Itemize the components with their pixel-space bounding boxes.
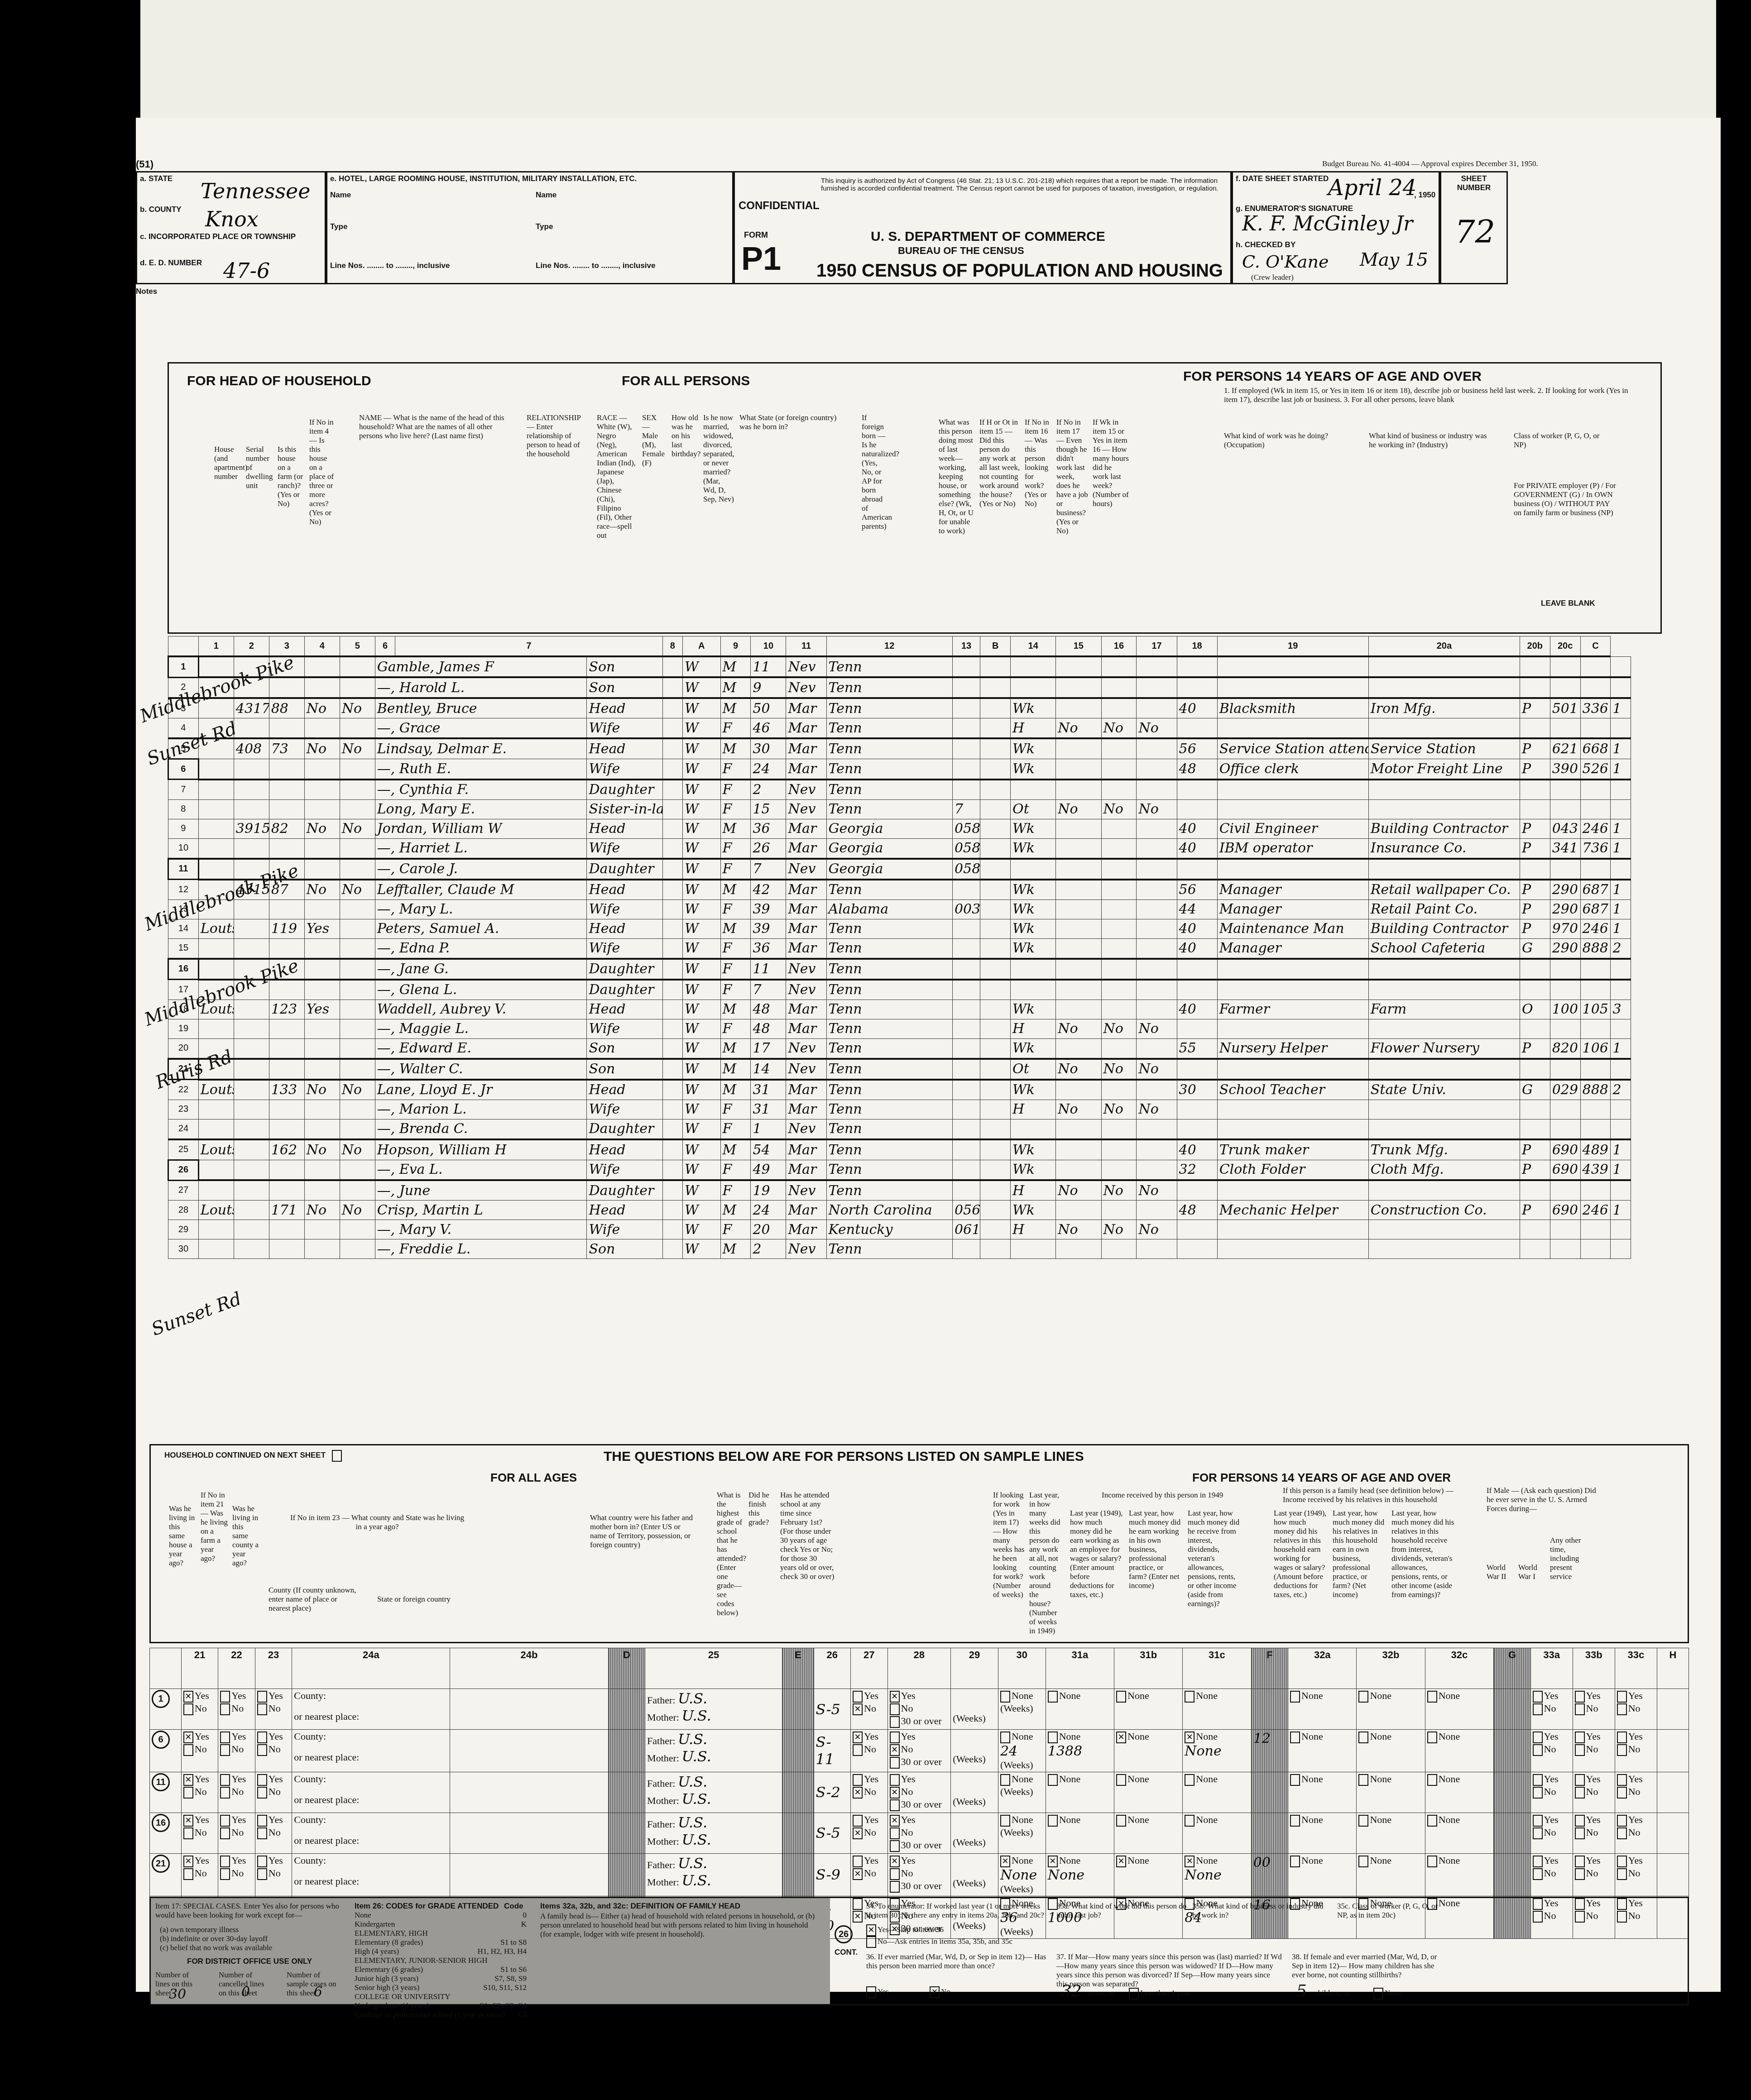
cell-lb2[interactable]: 668 <box>1580 738 1611 759</box>
cell-c17[interactable] <box>1101 1160 1137 1180</box>
cell-code[interactable]: 058 <box>952 838 980 859</box>
c33a-no-checkbox[interactable]: No <box>1533 1827 1571 1839</box>
cell-c16[interactable] <box>1056 959 1101 980</box>
cell-street[interactable] <box>198 959 234 980</box>
cell-name[interactable]: Lane, Lloyd E. Jr <box>375 1080 587 1100</box>
cell-name[interactable]: —, Marion L. <box>375 1100 587 1119</box>
cell-name[interactable]: Waddell, Aubrey V. <box>375 1000 587 1019</box>
cell-age[interactable]: 20 <box>751 1220 786 1239</box>
cell-c18[interactable] <box>1137 1000 1177 1019</box>
cell-mar[interactable]: Mar <box>786 759 826 780</box>
cell-street[interactable] <box>198 1180 234 1201</box>
c33c-no-checkbox[interactable]: No <box>1617 1786 1655 1799</box>
cell-lb2[interactable] <box>1580 1239 1611 1259</box>
cell-acres[interactable] <box>340 759 375 780</box>
c33a-no-checkbox[interactable]: No <box>1533 1703 1571 1715</box>
cell-serial[interactable] <box>269 899 304 919</box>
c22-no-checkbox[interactable]: No <box>220 1827 253 1839</box>
grade-cell[interactable]: S-9 <box>814 1853 850 1896</box>
cell-nat[interactable] <box>980 677 1011 698</box>
c32b-cell[interactable]: None <box>1357 1853 1425 1896</box>
cell-name[interactable]: —, Cynthia F. <box>375 780 587 800</box>
cell-farm[interactable] <box>304 1119 340 1139</box>
cell-rel[interactable]: Son <box>587 677 662 698</box>
cell-nat[interactable] <box>980 1119 1011 1139</box>
c32a-cell[interactable]: None <box>1288 1853 1357 1896</box>
cell-race[interactable]: W <box>683 1180 721 1201</box>
cell-c18[interactable]: No <box>1137 799 1177 819</box>
c31c-none-checkbox[interactable]: ✕None <box>1185 1731 1249 1743</box>
cell-c17[interactable] <box>1101 677 1137 698</box>
cell-hours[interactable] <box>1177 1100 1217 1119</box>
cell-lb1[interactable] <box>1550 1059 1580 1080</box>
c28-no-checkbox[interactable]: ✕No <box>890 1786 949 1799</box>
c31b-cell[interactable]: ✕None <box>1114 1730 1183 1772</box>
cell-serial[interactable]: 171 <box>269 1201 304 1220</box>
cell-lb2[interactable]: 105 <box>1580 1000 1611 1019</box>
cell-occ[interactable]: Mechanic Helper <box>1217 1201 1368 1220</box>
c28-over30-checkbox[interactable]: 30 or over <box>890 1799 949 1811</box>
cell-acres[interactable] <box>340 1220 375 1239</box>
cell-acres[interactable]: No <box>340 1080 375 1100</box>
cell-ind[interactable] <box>1368 1059 1520 1080</box>
cell-c16[interactable]: No <box>1056 1100 1101 1119</box>
cell-mar[interactable]: Nev <box>786 859 826 880</box>
cell-c16[interactable] <box>1056 819 1101 838</box>
c27-yes-checkbox[interactable]: Yes <box>853 1855 885 1867</box>
cell-mar[interactable]: Nev <box>786 656 826 677</box>
cell-hours[interactable]: 40 <box>1177 1139 1217 1160</box>
c30-cell[interactable]: None(Weeks) <box>998 1689 1046 1730</box>
cell-lb2[interactable] <box>1580 1119 1611 1139</box>
cell-mar[interactable]: Mar <box>786 1000 826 1019</box>
cell-mar[interactable]: Nev <box>786 1038 826 1059</box>
cell-hours[interactable]: 30 <box>1177 1080 1217 1100</box>
cell-c17[interactable] <box>1101 759 1137 780</box>
cell-occ[interactable] <box>1217 1100 1368 1119</box>
cell-mar[interactable]: Mar <box>786 1100 826 1119</box>
cell-race[interactable]: W <box>683 698 721 718</box>
cell-c15[interactable]: H <box>1011 1180 1056 1201</box>
cell-race[interactable]: W <box>683 1201 721 1220</box>
cell-code[interactable] <box>952 1059 980 1080</box>
cell-hours[interactable] <box>1177 677 1217 698</box>
cell-nat[interactable] <box>980 1220 1011 1239</box>
cell-street[interactable] <box>198 759 234 780</box>
cell-birth[interactable]: Tenn <box>826 1119 952 1139</box>
cell-rel[interactable]: Daughter <box>587 859 662 880</box>
cell-nat[interactable] <box>980 738 1011 759</box>
cell-sex[interactable]: F <box>720 1019 751 1038</box>
cell-name[interactable]: Bentley, Bruce <box>375 698 587 718</box>
cell-c16[interactable] <box>1056 919 1101 938</box>
cell-ind[interactable] <box>1368 1100 1520 1119</box>
c21-no-checkbox[interactable]: No <box>183 1867 216 1880</box>
cell-race[interactable]: W <box>683 880 721 900</box>
cell-acres[interactable] <box>340 1160 375 1180</box>
cell-hours[interactable]: 40 <box>1177 1000 1217 1019</box>
cell-race[interactable]: W <box>683 738 721 759</box>
cell-ind[interactable] <box>1368 780 1520 800</box>
cell-c18[interactable] <box>1137 759 1177 780</box>
c27-no-checkbox[interactable]: ✕No <box>853 1786 885 1799</box>
cell-code[interactable] <box>952 1139 980 1160</box>
cell-lb2[interactable]: 687 <box>1580 880 1611 900</box>
cell-sex[interactable]: F <box>720 838 751 859</box>
cell-lb1[interactable] <box>1550 980 1580 1000</box>
cell-acres[interactable] <box>340 1000 375 1019</box>
cell-c16[interactable] <box>1056 759 1101 780</box>
cell-nat[interactable] <box>980 1080 1011 1100</box>
cell-street[interactable] <box>198 838 234 859</box>
sheet-value[interactable]: 72 <box>1455 213 1495 250</box>
cell-serial[interactable] <box>269 938 304 959</box>
cell-c16[interactable] <box>1056 656 1101 677</box>
cell-serial[interactable] <box>269 718 304 739</box>
cell-c15[interactable]: Ot <box>1011 1059 1056 1080</box>
cell-lb3[interactable]: 1 <box>1611 880 1631 900</box>
cell-occ[interactable] <box>1217 1239 1368 1259</box>
cell-code[interactable]: 058 <box>952 819 980 838</box>
c21-yes-checkbox[interactable]: ✕Yes <box>183 1731 216 1743</box>
c22-no-checkbox[interactable]: No <box>220 1867 253 1880</box>
cell-name[interactable]: —, Mary L. <box>375 899 587 919</box>
cell-race[interactable]: W <box>683 799 721 819</box>
cell-age[interactable]: 26 <box>751 838 786 859</box>
cell-c17[interactable]: No <box>1101 1220 1137 1239</box>
cell-occ[interactable] <box>1217 656 1368 677</box>
c27-no-checkbox[interactable]: No <box>853 1743 885 1756</box>
cell-age[interactable]: 50 <box>751 698 786 718</box>
cell-birth[interactable]: Tenn <box>826 718 952 739</box>
cell-occ[interactable] <box>1217 799 1368 819</box>
cell-occ[interactable] <box>1217 980 1368 1000</box>
cell-c17[interactable] <box>1101 1201 1137 1220</box>
cell-lb3[interactable]: 1 <box>1611 1201 1631 1220</box>
cell-code[interactable] <box>952 759 980 780</box>
cell-occ[interactable]: IBM operator <box>1217 838 1368 859</box>
cell-acres[interactable] <box>340 919 375 938</box>
cell-ind[interactable] <box>1368 656 1520 677</box>
cell-street[interactable] <box>198 938 234 959</box>
cell-lb2[interactable] <box>1580 1019 1611 1038</box>
cell-c15[interactable]: Wk <box>1011 1201 1056 1220</box>
cell-occ[interactable]: Service Station attendant <box>1217 738 1368 759</box>
cell-lb3[interactable]: 1 <box>1611 698 1631 718</box>
c33c-yes-checkbox[interactable]: Yes <box>1617 1814 1655 1827</box>
cell-name[interactable]: —, Harriet L. <box>375 838 587 859</box>
cell-c17[interactable] <box>1101 1038 1137 1059</box>
cell-acres[interactable] <box>340 1119 375 1139</box>
cell-house[interactable] <box>234 938 269 959</box>
cell-acres[interactable] <box>340 1239 375 1259</box>
cell-sex[interactable]: M <box>720 698 751 718</box>
cell-lb3[interactable] <box>1611 1100 1631 1119</box>
cell-lb2[interactable]: 246 <box>1580 1201 1611 1220</box>
cell-birth[interactable]: Tenn <box>826 799 952 819</box>
cell-serial[interactable] <box>269 677 304 698</box>
cell-code[interactable] <box>952 938 980 959</box>
cell-lb3[interactable]: 3 <box>1611 1000 1631 1019</box>
c33b-no-checkbox[interactable]: No <box>1575 1827 1613 1839</box>
q37-less-option[interactable]: Less than 1 year <box>1129 1988 1190 2000</box>
cell-c15[interactable]: Wk <box>1011 899 1056 919</box>
cell-sex[interactable]: F <box>720 799 751 819</box>
cell-c17[interactable] <box>1101 1080 1137 1100</box>
cell-birth[interactable]: Tenn <box>826 1139 952 1160</box>
cell-lb3[interactable]: 1 <box>1611 919 1631 938</box>
c30-cell[interactable]: None24(Weeks) <box>998 1730 1046 1772</box>
cell-farm[interactable] <box>304 799 340 819</box>
cell-hours[interactable]: 40 <box>1177 919 1217 938</box>
cell-serial[interactable] <box>269 1019 304 1038</box>
c32c-cell[interactable]: None <box>1425 1772 1493 1813</box>
cell-house[interactable] <box>234 1220 269 1239</box>
cell-race[interactable]: W <box>683 759 721 780</box>
c32b-none-checkbox[interactable]: None <box>1358 1855 1423 1867</box>
cell-race[interactable]: W <box>683 1038 721 1059</box>
c27-no-checkbox[interactable]: ✕No <box>853 1827 885 1839</box>
c31a-none-checkbox[interactable]: None <box>1048 1731 1112 1743</box>
cell-nat[interactable] <box>980 780 1011 800</box>
c22-yes-checkbox[interactable]: Yes <box>220 1731 253 1743</box>
cell-ind[interactable]: Building Contractor <box>1368 819 1520 838</box>
c33a-yes-checkbox[interactable]: Yes <box>1533 1814 1571 1827</box>
cell-lb2[interactable]: 489 <box>1580 1139 1611 1160</box>
c24a-cell[interactable]: County:or nearest place: <box>292 1772 450 1813</box>
c33a-yes-checkbox[interactable]: Yes <box>1533 1773 1571 1786</box>
grade-cell[interactable]: S-2 <box>814 1772 850 1813</box>
cell-race[interactable]: W <box>683 1019 721 1038</box>
cell-street[interactable] <box>198 1160 234 1180</box>
cell-ind[interactable] <box>1368 859 1520 880</box>
cell-code[interactable] <box>952 880 980 900</box>
cell-age[interactable]: 2 <box>751 780 786 800</box>
cell-name[interactable]: Jordan, William W <box>375 819 587 838</box>
cell-c16[interactable] <box>1056 1000 1101 1019</box>
cell-farm[interactable] <box>304 899 340 919</box>
cell-cls[interactable]: P <box>1520 819 1550 838</box>
cell-ind[interactable] <box>1368 1019 1520 1038</box>
cell-sex[interactable]: M <box>720 1000 751 1019</box>
cell-birth[interactable]: Tenn <box>826 919 952 938</box>
cell-hours[interactable]: 40 <box>1177 838 1217 859</box>
cell-farm[interactable] <box>304 677 340 698</box>
c29-cell[interactable]: (Weeks) <box>951 1772 998 1813</box>
cell-lb1[interactable]: 290 <box>1550 899 1580 919</box>
cell-name[interactable]: —, Jane G. <box>375 959 587 980</box>
c30-cell[interactable]: None(Weeks) <box>998 1813 1046 1853</box>
cell-lb2[interactable] <box>1580 980 1611 1000</box>
cell-c15[interactable]: Wk <box>1011 880 1056 900</box>
c33a-yes-checkbox[interactable]: Yes <box>1533 1731 1571 1743</box>
cell-name[interactable]: —, Edna P. <box>375 938 587 959</box>
cell-code[interactable] <box>952 959 980 980</box>
cell-ind[interactable]: Iron Mfg. <box>1368 698 1520 718</box>
cell-c17[interactable] <box>1101 838 1137 859</box>
cell-c16[interactable]: No <box>1056 1059 1101 1080</box>
cell-acres[interactable]: No <box>340 738 375 759</box>
cell-nat[interactable] <box>980 838 1011 859</box>
cell-birth[interactable]: Tenn <box>826 1100 952 1119</box>
c27-yes-checkbox[interactable]: Yes <box>853 1690 885 1703</box>
cell-lb3[interactable] <box>1611 1239 1631 1259</box>
c21-no-checkbox[interactable]: No <box>183 1827 216 1839</box>
cell-c16[interactable] <box>1056 738 1101 759</box>
cell-c17[interactable] <box>1101 738 1137 759</box>
cell-ind[interactable]: Construction Co. <box>1368 1201 1520 1220</box>
c22-no-checkbox[interactable]: No <box>220 1743 253 1756</box>
cell-rel[interactable]: Wife <box>587 718 662 739</box>
cell-c15[interactable]: Wk <box>1011 919 1056 938</box>
cell-c17[interactable]: No <box>1101 799 1137 819</box>
cell-lb1[interactable]: 690 <box>1550 1201 1580 1220</box>
c32a-cell[interactable]: None <box>1288 1813 1357 1853</box>
cell-hours[interactable]: 55 <box>1177 1038 1217 1059</box>
cell-sex[interactable]: M <box>720 1059 751 1080</box>
c33b-yes-checkbox[interactable]: Yes <box>1575 1773 1613 1786</box>
cell-mar[interactable]: Nev <box>786 799 826 819</box>
cell-lb3[interactable] <box>1611 1019 1631 1038</box>
c23-yes-checkbox[interactable]: Yes <box>257 1814 290 1827</box>
cell-lb2[interactable]: 246 <box>1580 919 1611 938</box>
cell-ind[interactable] <box>1368 677 1520 698</box>
cell-c17[interactable]: No <box>1101 1059 1137 1080</box>
cell-age[interactable]: 48 <box>751 1019 786 1038</box>
cell-c15[interactable] <box>1011 656 1056 677</box>
cell-lb1[interactable]: 390 <box>1550 759 1580 780</box>
cell-lb3[interactable]: 1 <box>1611 899 1631 919</box>
cell-hours[interactable] <box>1177 859 1217 880</box>
cell-birth[interactable]: Tenn <box>826 759 952 780</box>
cell-sex[interactable]: F <box>720 1220 751 1239</box>
cell-c16[interactable] <box>1056 1080 1101 1100</box>
c27-no-checkbox[interactable]: ✕No <box>853 1703 885 1715</box>
cell-lb2[interactable]: 106 <box>1580 1038 1611 1059</box>
cell-rel[interactable]: Head <box>587 1000 662 1019</box>
cell-sex[interactable]: F <box>720 1160 751 1180</box>
cell-cls[interactable] <box>1520 859 1550 880</box>
c28-over30-checkbox[interactable]: 30 or over <box>890 1756 949 1769</box>
cell-lb1[interactable]: 290 <box>1550 880 1580 900</box>
cell-nat[interactable] <box>980 919 1011 938</box>
num-sample-value[interactable]: 6 <box>314 1984 322 2000</box>
cell-c18[interactable] <box>1137 1201 1177 1220</box>
cell-age[interactable]: 14 <box>751 1059 786 1080</box>
cell-c17[interactable] <box>1101 880 1137 900</box>
cell-c17[interactable] <box>1101 656 1137 677</box>
cell-cls[interactable] <box>1520 799 1550 819</box>
cell-rel[interactable]: Wife <box>587 1220 662 1239</box>
cell-c17[interactable] <box>1101 959 1137 980</box>
cell-c15[interactable]: Wk <box>1011 819 1056 838</box>
cell-sex[interactable]: F <box>720 1119 751 1139</box>
cell-mar[interactable]: Mar <box>786 938 826 959</box>
cell-rel[interactable]: Son <box>587 1239 662 1259</box>
cell-c18[interactable]: No <box>1137 1100 1177 1119</box>
cell-lb3[interactable] <box>1611 718 1631 739</box>
cell-c15[interactable]: Wk <box>1011 759 1056 780</box>
cell-c16[interactable] <box>1056 880 1101 900</box>
c30-none-checkbox[interactable]: None <box>1000 1814 1044 1827</box>
cell-house[interactable] <box>234 838 269 859</box>
c23-no-checkbox[interactable]: No <box>257 1703 290 1715</box>
cell-house[interactable] <box>234 1139 269 1160</box>
c25-cell[interactable]: Father: U.S.Mother: U.S. <box>645 1772 782 1813</box>
cell-mar[interactable]: Nev <box>786 780 826 800</box>
c27-yes-checkbox[interactable]: Yes <box>853 1773 885 1786</box>
c32c-none-checkbox[interactable]: None <box>1427 1690 1492 1703</box>
cell-farm[interactable]: No <box>304 738 340 759</box>
c31b-cell[interactable]: None <box>1114 1689 1183 1730</box>
cell-sex[interactable]: F <box>720 959 751 980</box>
cell-race[interactable]: W <box>683 1080 721 1100</box>
cell-c18[interactable] <box>1137 919 1177 938</box>
cell-hours[interactable] <box>1177 1239 1217 1259</box>
cell-house[interactable]: 408 <box>234 738 269 759</box>
cell-c16[interactable] <box>1056 1160 1101 1180</box>
cell-cls[interactable] <box>1520 1119 1550 1139</box>
cell-age[interactable]: 24 <box>751 1201 786 1220</box>
cell-ind[interactable]: Cloth Mfg. <box>1368 1160 1520 1180</box>
cell-ind[interactable] <box>1368 718 1520 739</box>
cell-house[interactable] <box>234 1019 269 1038</box>
cell-cls[interactable]: O <box>1520 1000 1550 1019</box>
cell-lb2[interactable]: 888 <box>1580 1080 1611 1100</box>
cell-street[interactable] <box>198 1119 234 1139</box>
c33c-yes-checkbox[interactable]: Yes <box>1617 1731 1655 1743</box>
num-lines-value[interactable]: 30 <box>169 1986 186 2002</box>
cell-nat[interactable] <box>980 698 1011 718</box>
c32b-none-checkbox[interactable]: None <box>1358 1814 1423 1827</box>
cell-house[interactable] <box>234 1239 269 1259</box>
c30-none-checkbox[interactable]: ✕None <box>1000 1855 1044 1867</box>
c21-yes-checkbox[interactable]: ✕Yes <box>183 1690 216 1703</box>
cell-code[interactable]: 061 <box>952 1220 980 1239</box>
cell-c17[interactable]: No <box>1101 1180 1137 1201</box>
cell-lb2[interactable]: 526 <box>1580 759 1611 780</box>
cell-birth[interactable]: Tenn <box>826 1059 952 1080</box>
cell-farm[interactable] <box>304 1100 340 1119</box>
cell-cls[interactable]: P <box>1520 1139 1550 1160</box>
cell-race[interactable]: W <box>683 1119 721 1139</box>
cell-ind[interactable] <box>1368 1239 1520 1259</box>
cell-lb3[interactable] <box>1611 656 1631 677</box>
c29-cell[interactable]: (Weeks) <box>951 1689 998 1730</box>
cell-cls[interactable]: G <box>1520 1080 1550 1100</box>
cell-rel[interactable]: Head <box>587 1201 662 1220</box>
q34-yes-option[interactable]: ✕Yes—Skip to item 36 <box>866 1924 944 1936</box>
cell-occ[interactable]: Civil Engineer <box>1217 819 1368 838</box>
cell-occ[interactable] <box>1217 1180 1368 1201</box>
county-value[interactable]: Knox <box>205 207 259 231</box>
cell-sex[interactable]: M <box>720 1201 751 1220</box>
cell-occ[interactable] <box>1217 1019 1368 1038</box>
cell-race[interactable]: W <box>683 959 721 980</box>
c33a-yes-checkbox[interactable]: Yes <box>1533 1690 1571 1703</box>
cell-nat[interactable] <box>980 1201 1011 1220</box>
c28-yes-checkbox[interactable]: Yes <box>890 1773 949 1786</box>
cell-c18[interactable]: No <box>1137 1019 1177 1038</box>
cell-name[interactable]: Gamble, James F <box>375 656 587 677</box>
cell-c17[interactable] <box>1101 1000 1137 1019</box>
c31a-none-checkbox[interactable]: None <box>1048 1773 1112 1786</box>
cell-c18[interactable]: No <box>1137 718 1177 739</box>
cell-name[interactable]: —, Maggie L. <box>375 1019 587 1038</box>
cell-lb1[interactable]: 029 <box>1550 1080 1580 1100</box>
c32b-none-checkbox[interactable]: None <box>1358 1773 1423 1786</box>
cell-sex[interactable]: F <box>720 859 751 880</box>
